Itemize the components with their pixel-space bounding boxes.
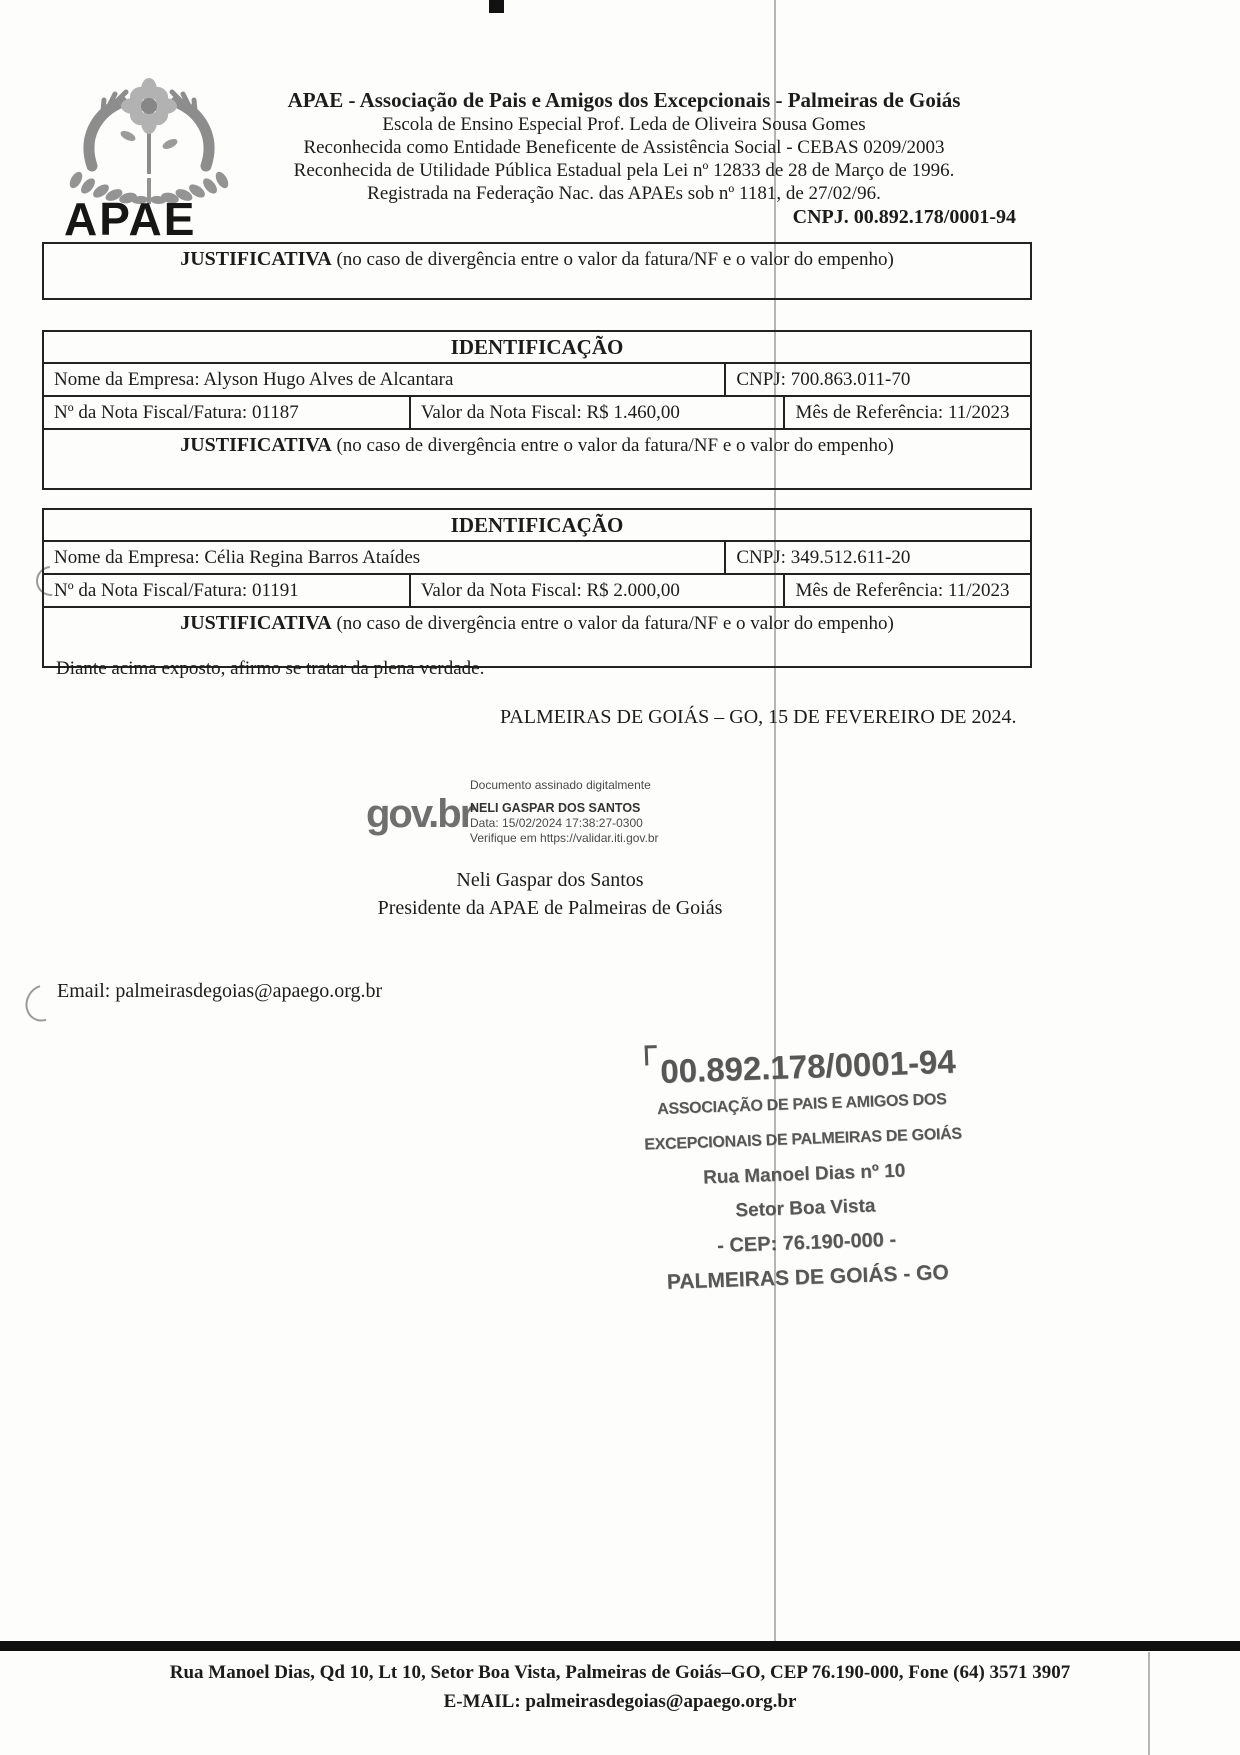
city-date-line: PALMEIRAS DE GOIÁS – GO, 15 DE FEVEREIRO…: [500, 706, 1017, 729]
justificativa-row: JUSTIFICATIVA (no caso de divergência en…: [44, 430, 1030, 488]
signatory-role: Presidente da APAE de Palmeiras de Goiás: [290, 894, 810, 922]
identificacao-table-2: IDENTIFICAÇÃO Nome da Empresa: Célia Reg…: [42, 508, 1032, 668]
justificativa-label: JUSTIFICATIVA (no caso de divergência en…: [44, 608, 1030, 635]
justificativa-label: JUSTIFICATIVA (no caso de divergência en…: [44, 244, 1030, 271]
table-row: Nº da Nota Fiscal/Fatura: 01191 Valor da…: [44, 575, 1030, 608]
email-line: Email: palmeirasdegoias@apaego.org.br: [57, 980, 382, 1003]
org-name: APAE - Associação de Pais e Amigos dos E…: [228, 88, 1020, 113]
mes-referencia-cell: Mês de Referência: 11/2023: [783, 575, 1030, 606]
table-row: Nome da Empresa: Alyson Hugo Alves de Al…: [44, 364, 1030, 397]
nota-fiscal-cell: Nº da Nota Fiscal/Fatura: 01187: [44, 397, 409, 428]
valor-cell: Valor da Nota Fiscal: R$ 2.000,00: [409, 575, 784, 606]
table-title: IDENTIFICAÇÃO: [44, 510, 1030, 542]
cnpj-rubber-stamp: 00.892.178/0001-94 ASSOCIAÇÃO DE PAIS E …: [614, 1034, 995, 1303]
scan-mark: [489, 0, 504, 13]
empresa-cnpj-cell: CNPJ: 700.863.011-70: [724, 364, 1030, 395]
signatory-block: Neli Gaspar dos Santos Presidente da APA…: [290, 866, 810, 922]
footer-divider-bar: [0, 1641, 1240, 1651]
cebas-line: Reconhecida como Entidade Beneficente de…: [228, 136, 1020, 159]
justificativa-box: JUSTIFICATIVA (no caso de divergência en…: [42, 242, 1032, 300]
justificativa-label: JUSTIFICATIVA (no caso de divergência en…: [44, 430, 1030, 457]
signatory-name: Neli Gaspar dos Santos: [290, 866, 810, 894]
identificacao-table-1: IDENTIFICAÇÃO Nome da Empresa: Alyson Hu…: [42, 330, 1032, 490]
header-cnpj: CNPJ. 00.892.178/0001-94: [228, 205, 1020, 230]
declaration-text: Diante acima exposto, afirmo se tratar d…: [56, 658, 484, 680]
empresa-cnpj-cell: CNPJ: 349.512.611-20: [724, 542, 1030, 573]
mes-referencia-cell: Mês de Referência: 11/2023: [783, 397, 1030, 428]
table-row: Nome da Empresa: Célia Regina Barros Ata…: [44, 542, 1030, 575]
stamp-corner-mark: [644, 1045, 657, 1065]
signature-verify-url: Verifique em https://validar.iti.gov.br: [470, 831, 659, 846]
empresa-nome-cell: Nome da Empresa: Alyson Hugo Alves de Al…: [44, 364, 724, 395]
apae-logo-wordmark: APAE: [64, 192, 196, 246]
signature-date: Data: 15/02/2024 17:38:27-0300: [470, 816, 659, 831]
empresa-nome-cell: Nome da Empresa: Célia Regina Barros Ata…: [44, 542, 724, 573]
school-name: Escola de Ensino Especial Prof. Leda de …: [228, 113, 1020, 136]
table-row: Nº da Nota Fiscal/Fatura: 01187 Valor da…: [44, 397, 1030, 430]
govbr-logo: gov.br: [366, 792, 473, 837]
scanned-document-page: APAE APAE - Associação de Pais e Amigos …: [0, 0, 1240, 1755]
footer-email: E-MAIL: palmeirasdegoias@apaego.org.br: [0, 1687, 1240, 1716]
nota-fiscal-cell: Nº da Nota Fiscal/Fatura: 01191: [44, 575, 409, 606]
signer-name: NELI GASPAR DOS SANTOS: [470, 801, 659, 816]
table-title: IDENTIFICAÇÃO: [44, 332, 1030, 364]
signature-title: Documento assinado digitalmente: [470, 778, 659, 793]
utilidade-line: Reconhecida de Utilidade Pública Estadua…: [228, 159, 1020, 182]
footer: Rua Manoel Dias, Qd 10, Lt 10, Setor Boa…: [0, 1658, 1240, 1716]
letterhead: APAE - Associação de Pais e Amigos dos E…: [228, 88, 1020, 230]
valor-cell: Valor da Nota Fiscal: R$ 1.460,00: [409, 397, 784, 428]
digital-signature-block: Documento assinado digitalmente NELI GAS…: [470, 778, 659, 846]
footer-address: Rua Manoel Dias, Qd 10, Lt 10, Setor Boa…: [0, 1658, 1240, 1687]
federacao-line: Registrada na Federação Nac. das APAEs s…: [228, 182, 1020, 205]
